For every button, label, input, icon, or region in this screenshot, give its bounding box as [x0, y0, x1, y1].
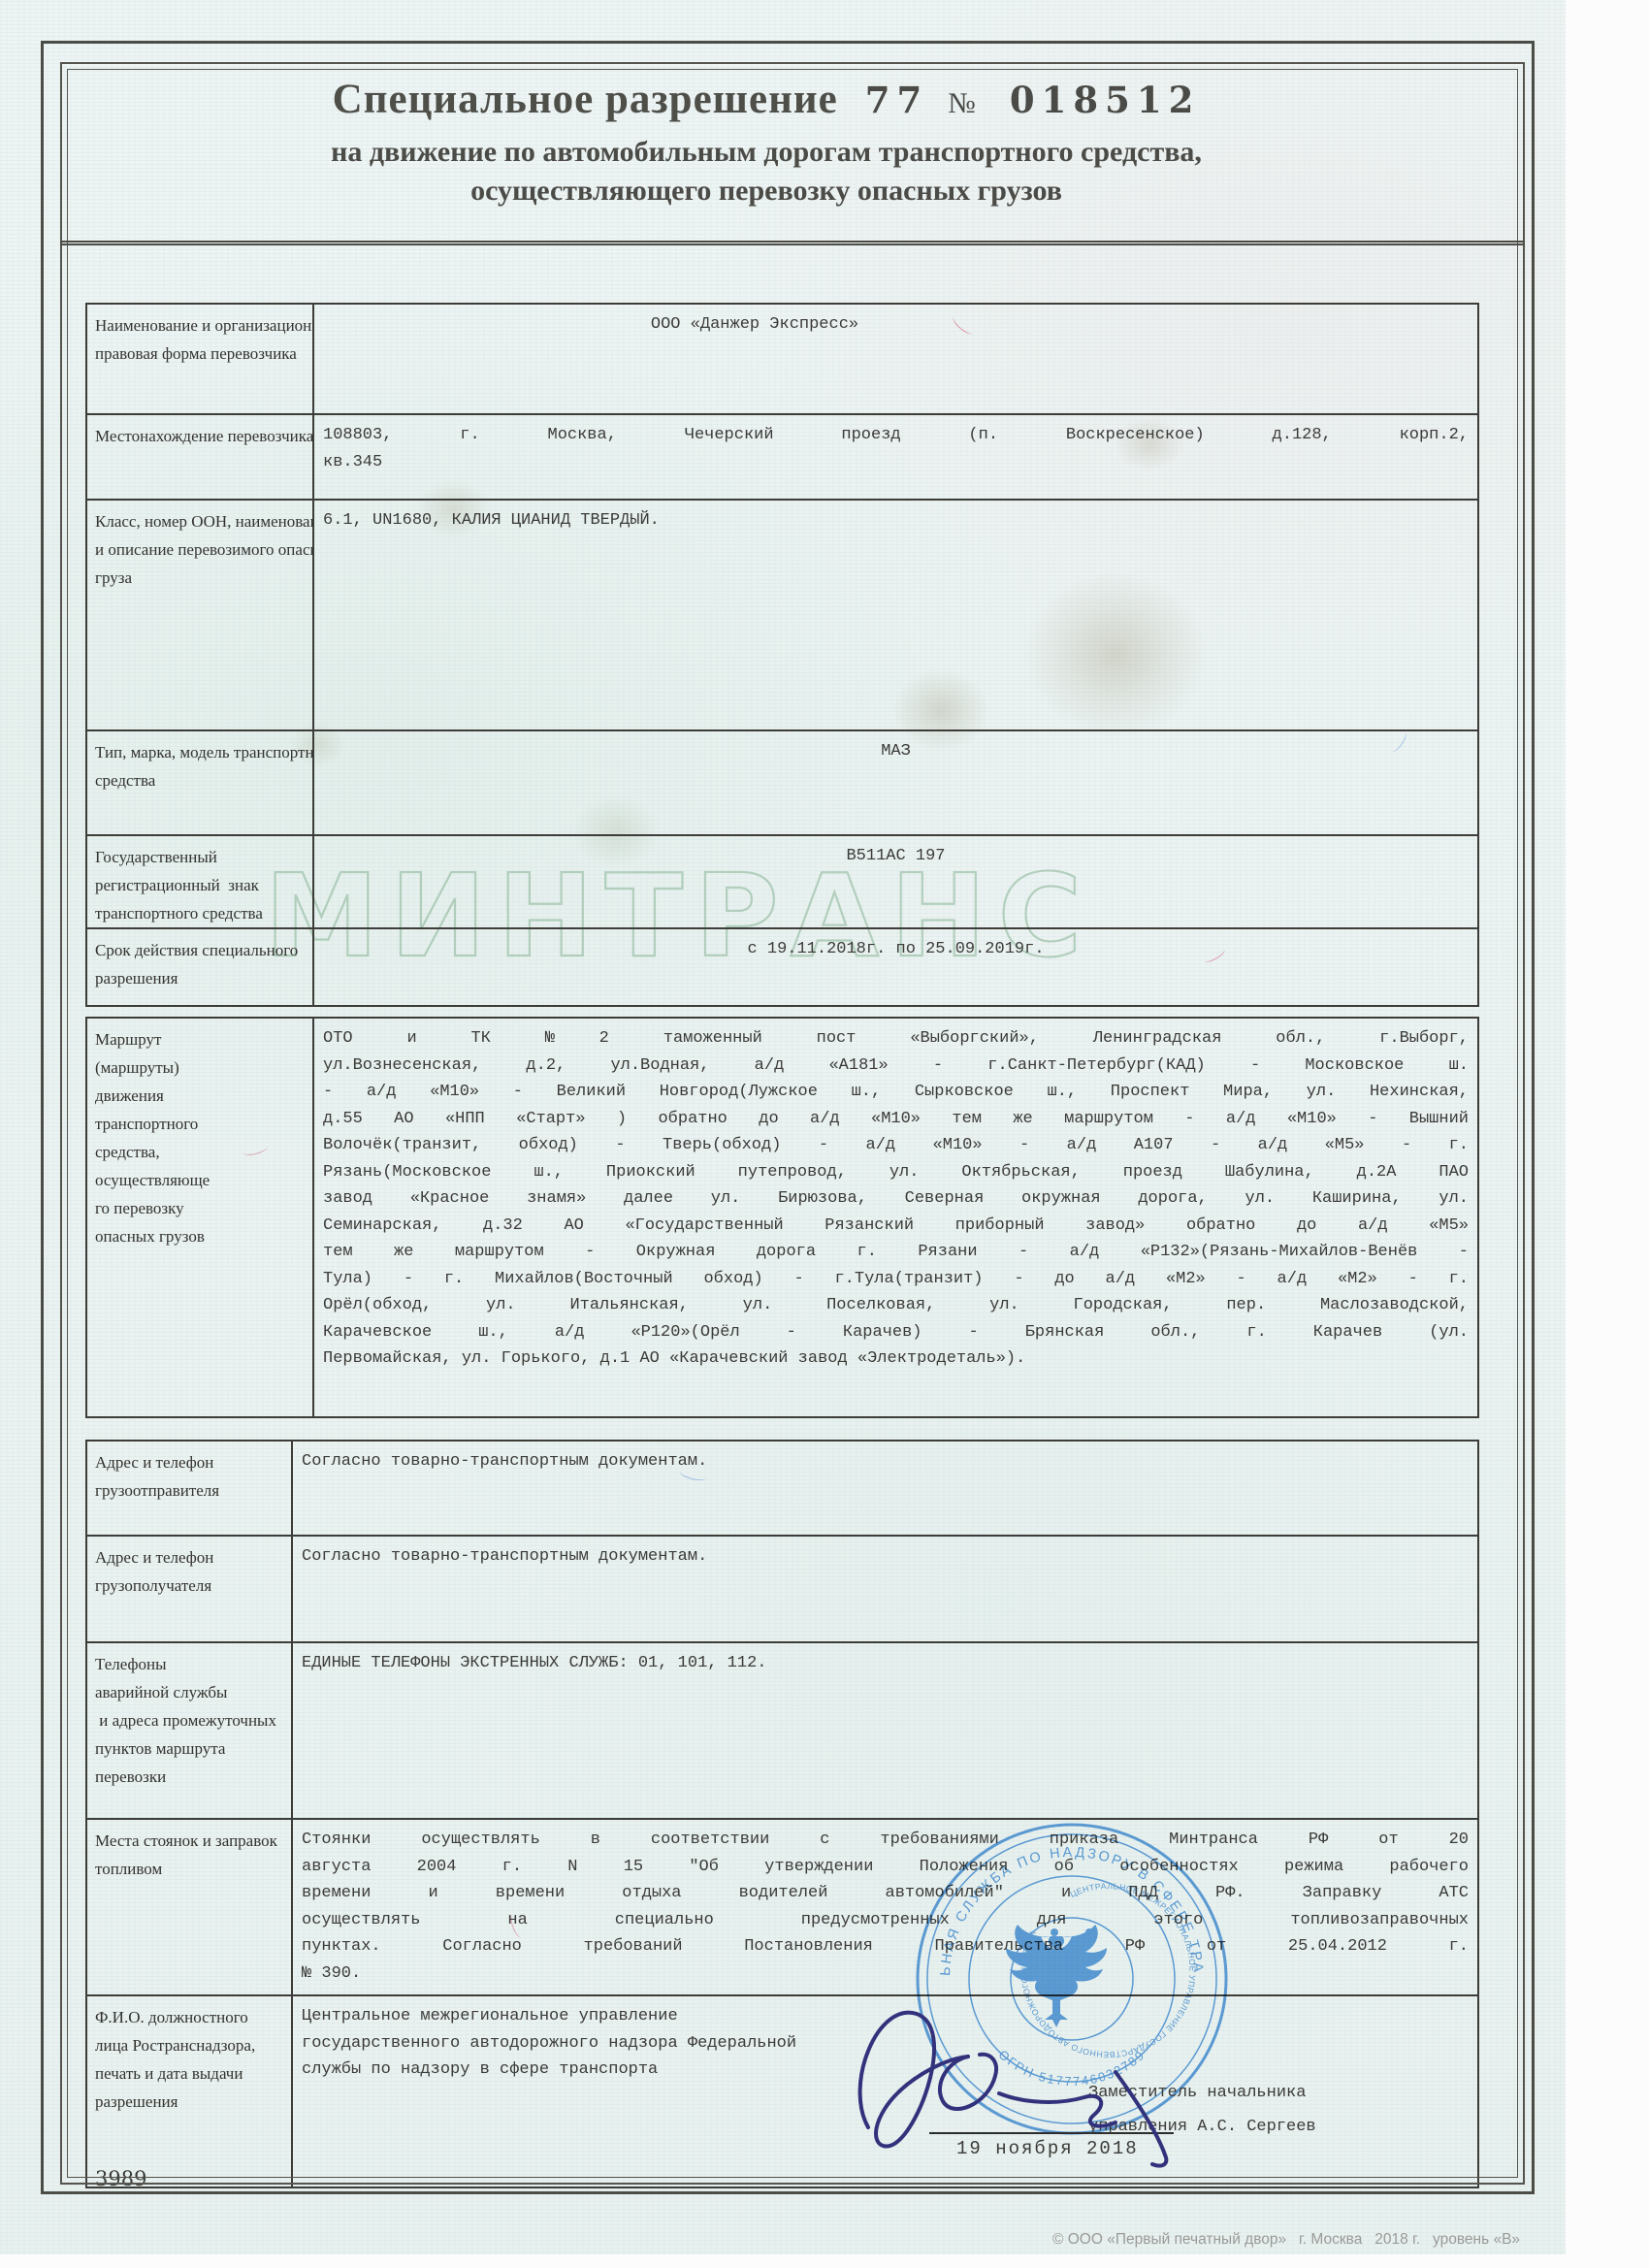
label-validity-period: Срок действия специального разрешения — [87, 929, 314, 1005]
document-subtitle-1: на движение по автомобильным дорогам тра… — [68, 136, 1465, 169]
table-row-parking-refueling: Места стоянок и заправок топливом Стоянк… — [87, 1818, 1477, 1994]
route-table: Маршрут (маршруты) движения транспортног… — [85, 1017, 1479, 1418]
value-cargo-class: 6.1, UN1680, КАЛИЯ ЦИАНИД ТВЕРДЫЙ. — [314, 501, 1477, 729]
form-number: 3989 — [95, 2165, 287, 2187]
value-vehicle-model: МАЗ — [314, 731, 1477, 834]
table-row-cargo-class: Класс, номер ООН, наименование и описани… — [87, 499, 1477, 729]
table-row-consignee: Адрес и телефон грузополучателя Согласно… — [87, 1535, 1477, 1641]
label-registration-plate: Государственный регистрационный знак тра… — [87, 836, 314, 927]
permit-series: 77 — [865, 79, 929, 121]
value-route: ОТО и ТК №2 таможенный пост «Выборгский»… — [314, 1019, 1477, 1416]
title-text: Специальное разрешение — [333, 77, 838, 122]
table-row-route: Маршрут (маршруты) движения транспортног… — [87, 1019, 1477, 1416]
scan-margin-right — [1566, 0, 1649, 2268]
value-consignor-address: Согласно товарно-транспортным документам… — [293, 1442, 1477, 1535]
addresses-and-issue-table: Адрес и телефон грузоотправителя Согласн… — [85, 1440, 1479, 2188]
document-title: Специальное разрешение77№018512 — [68, 76, 1465, 123]
label-parking-refueling: Места стоянок и заправок топливом — [87, 1820, 293, 1994]
label-carrier-location: Местонахождение перевозчика — [87, 415, 314, 499]
label-vehicle-model: Тип, марка, модель транспортного средств… — [87, 731, 314, 834]
scan-margin-bottom — [0, 2254, 1649, 2268]
number-sign: № — [948, 87, 977, 119]
label-consignee-address: Адрес и телефон грузополучателя — [87, 1537, 293, 1641]
document-title-block: Специальное разрешение77№018512 на движе… — [68, 76, 1465, 208]
value-consignee-address: Согласно товарно-транспортным документам… — [293, 1537, 1477, 1641]
value-carrier-location: 108803, г. Москва, Чечерский проезд (п. … — [314, 415, 1477, 499]
value-registration-plate: В511АС 197 — [314, 836, 1477, 927]
label-carrier-name: Наименование и организационно - правовая… — [87, 305, 314, 413]
table-row-validity-period: Срок действия специального разрешения с … — [87, 927, 1477, 1005]
label-route: Маршрут (маршруты) движения транспортног… — [87, 1019, 314, 1416]
label-issuing-official-text: Ф.И.О. должностного лица Ространснадзора… — [95, 2008, 255, 2111]
label-emergency-phones: Телефоны аварийной службы и адреса проме… — [87, 1643, 293, 1818]
table-row-emergency-phones: Телефоны аварийной службы и адреса проме… — [87, 1641, 1477, 1818]
header-divider-rule — [60, 241, 1525, 245]
label-consignor-address: Адрес и телефон грузоотправителя — [87, 1442, 293, 1535]
table-row-carrier-name: Наименование и организационно - правовая… — [87, 305, 1477, 413]
permit-number: 018512 — [1010, 79, 1200, 121]
value-carrier-name: ООО «Данжер Экспресс» — [314, 305, 1477, 413]
carrier-info-table: Наименование и организационно - правовая… — [85, 303, 1479, 1007]
table-row-vehicle-model: Тип, марка, модель транспортного средств… — [87, 729, 1477, 834]
label-issuing-official: Ф.И.О. должностного лица Ространснадзора… — [87, 1996, 293, 2187]
value-validity-period: с 19.11.2018г. по 25.09.2019г. — [314, 929, 1477, 1005]
table-row-carrier-location: Местонахождение перевозчика 108803, г. М… — [87, 413, 1477, 499]
printer-imprint: © ООО «Первый печатный двор» г. Москва 2… — [1052, 2231, 1520, 2249]
table-row-registration-plate: Государственный регистрационный знак тра… — [87, 834, 1477, 927]
document-subtitle-2: осуществляющего перевозку опасных грузов — [68, 175, 1465, 208]
official-signature — [824, 1967, 1212, 2176]
label-cargo-class: Класс, номер ООН, наименование и описани… — [87, 501, 314, 729]
table-row-consignor: Адрес и телефон грузоотправителя Согласн… — [87, 1442, 1477, 1535]
permit-document-page: Специальное разрешение77№018512 на движе… — [0, 0, 1649, 2268]
value-emergency-phones: ЕДИНЫЕ ТЕЛЕФОНЫ ЭКСТРЕННЫХ СЛУЖБ: 01, 10… — [293, 1643, 1477, 1818]
